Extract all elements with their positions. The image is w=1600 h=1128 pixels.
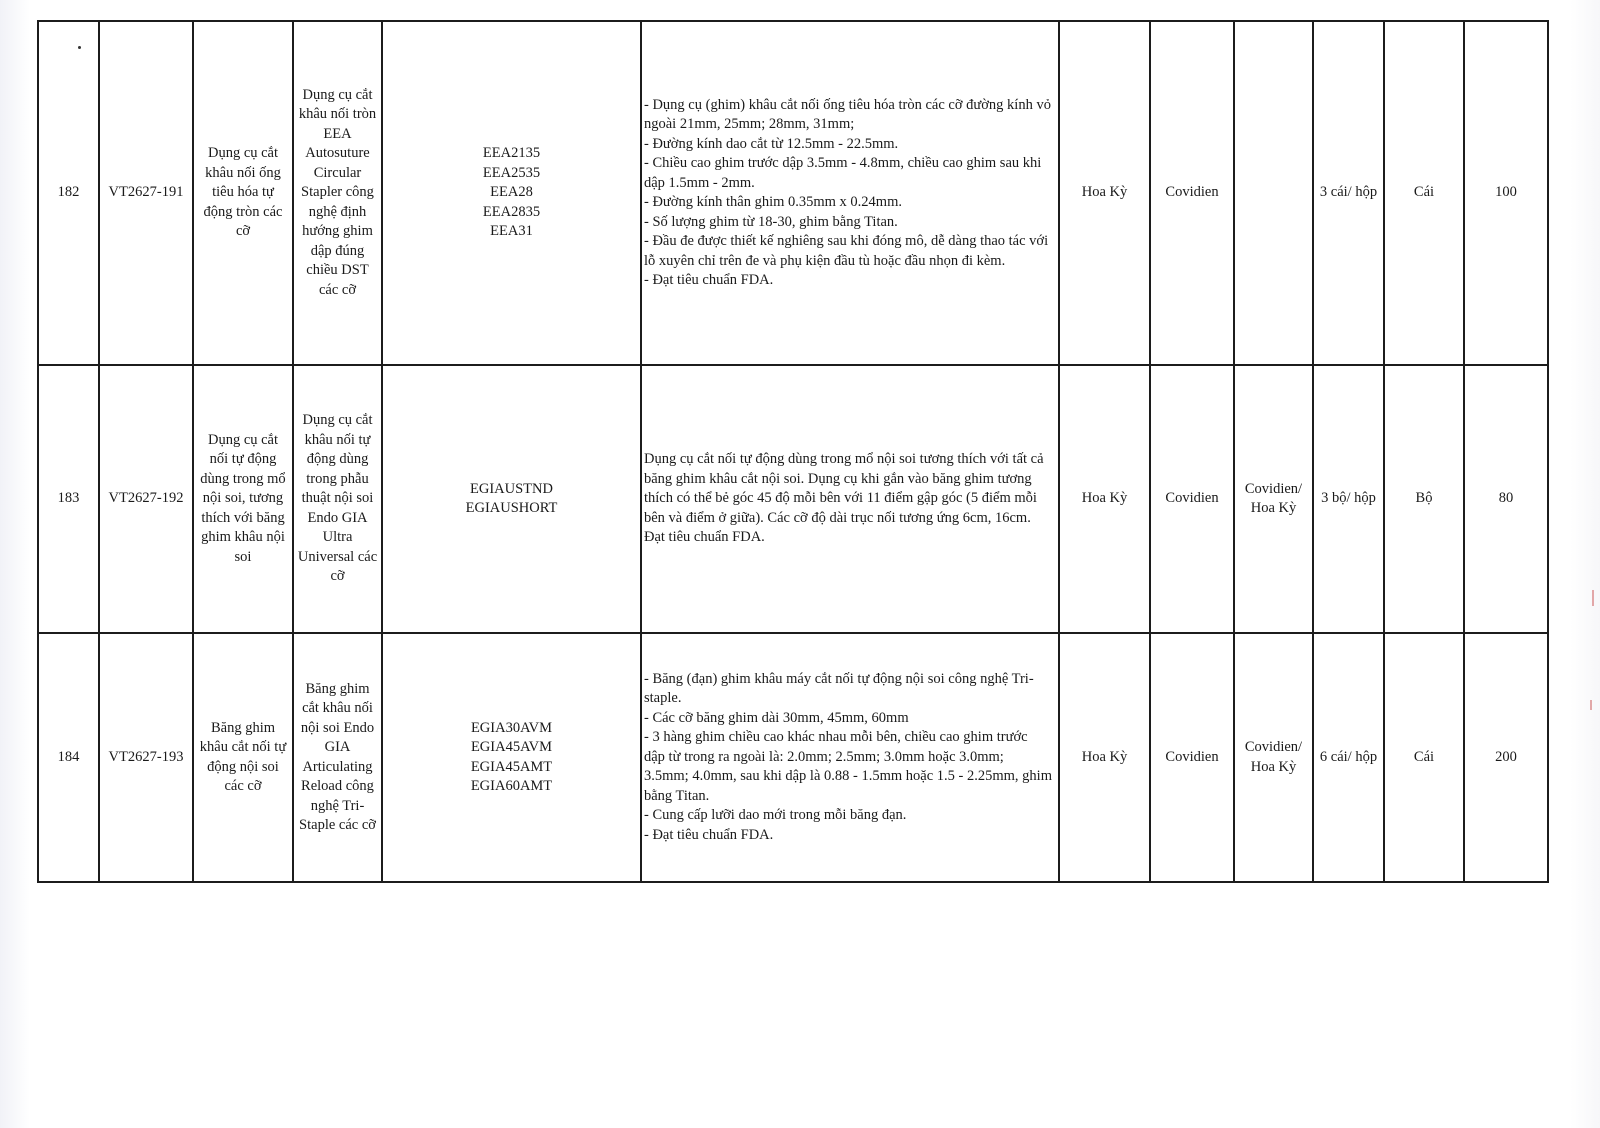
model-code: EEA31 bbox=[386, 222, 637, 242]
cell-code: VT2627-192 bbox=[99, 365, 193, 633]
cell-quantity: 100 bbox=[1464, 21, 1548, 365]
packaging-text: 3 bộ/ hộp bbox=[1321, 490, 1376, 506]
cell-country: Hoa Kỳ bbox=[1059, 365, 1150, 633]
scanned-document-page: 182 VT2627-191 Dụng cụ cắt khâu nối ống … bbox=[0, 0, 1600, 1128]
cell-owner: Covidien/ Hoa Kỳ bbox=[1234, 365, 1313, 633]
model-code: EEA28 bbox=[386, 183, 637, 203]
cell-country: Hoa Kỳ bbox=[1059, 21, 1150, 365]
cell-trade-name: Dụng cụ cắt khâu nối tự động dùng trong … bbox=[293, 365, 382, 633]
trade-name-text: Dụng cụ cắt khâu nối tự động dùng trong … bbox=[298, 412, 377, 584]
spec-line: - Đường kính thân ghim 0.35mm x 0.24mm. bbox=[644, 193, 1052, 213]
cell-trade-name: Dụng cụ cắt khâu nối tròn EEA Autosuture… bbox=[293, 21, 382, 365]
quantity-text: 100 bbox=[1495, 184, 1517, 200]
manufacturer-text: Covidien bbox=[1165, 749, 1218, 765]
model-code: EEA2135 bbox=[386, 144, 637, 164]
model-code: EEA2535 bbox=[386, 164, 637, 184]
country-text: Hoa Kỳ bbox=[1082, 184, 1128, 200]
cell-owner: Covidien/ Hoa Kỳ bbox=[1234, 633, 1313, 882]
trade-name-text: Dụng cụ cắt khâu nối tròn EEA Autosuture… bbox=[299, 87, 376, 298]
quantity-text: 80 bbox=[1499, 490, 1514, 506]
cell-stt: 184 bbox=[38, 633, 99, 882]
code-text: VT2627-193 bbox=[109, 749, 184, 765]
group-name-text: Băng ghim khâu cắt nối tự động nội soi c… bbox=[200, 720, 286, 795]
packaging-text: 6 cái/ hộp bbox=[1320, 749, 1377, 765]
cell-model-codes: EEA2135EEA2535EEA28EEA2835EEA31 bbox=[382, 21, 641, 365]
model-code: EGIA45AMT bbox=[386, 758, 637, 778]
cell-group-name: Băng ghim khâu cắt nối tự động nội soi c… bbox=[193, 633, 293, 882]
spec-line: - Số lượng ghim từ 18-30, ghim bằng Tita… bbox=[644, 213, 1052, 233]
spec-line: - Đầu đe được thiết kế nghiêng sau khi đ… bbox=[644, 232, 1052, 271]
country-text: Hoa Kỳ bbox=[1082, 490, 1128, 506]
table-row: 184 VT2627-193 Băng ghim khâu cắt nối tự… bbox=[38, 633, 1548, 882]
cell-code: VT2627-191 bbox=[99, 21, 193, 365]
cell-model-codes: EGIAUSTNDEGIAUSHORT bbox=[382, 365, 641, 633]
cell-code: VT2627-193 bbox=[99, 633, 193, 882]
spec-line: - Đạt tiêu chuẩn FDA. bbox=[644, 271, 1052, 291]
spec-line: - Đường kính dao cắt từ 12.5mm - 22.5mm. bbox=[644, 135, 1052, 155]
unit-text: Cái bbox=[1414, 184, 1434, 200]
spec-line: - Dụng cụ (ghim) khâu cắt nối ống tiêu h… bbox=[644, 96, 1052, 135]
cell-manufacturer: Covidien bbox=[1150, 21, 1234, 365]
cell-stt: 183 bbox=[38, 365, 99, 633]
owner-text: Covidien/ Hoa Kỳ bbox=[1245, 481, 1302, 517]
cell-unit: Cái bbox=[1384, 633, 1464, 882]
model-code: EGIA30AVM bbox=[386, 719, 637, 739]
spec-line: - Chiều cao ghim trước dập 3.5mm - 4.8mm… bbox=[644, 154, 1052, 193]
stt-text: 182 bbox=[58, 184, 80, 200]
quantity-text: 200 bbox=[1495, 749, 1517, 765]
spec-line: - Cung cấp lưỡi dao mới trong mỗi băng đ… bbox=[644, 806, 1052, 826]
cell-unit: Cái bbox=[1384, 21, 1464, 365]
manufacturer-text: Covidien bbox=[1165, 490, 1218, 506]
spec-line: - 3 hàng ghim chiều cao khác nhau mỗi bê… bbox=[644, 728, 1052, 806]
spec-line: - Đạt tiêu chuẩn FDA. bbox=[644, 826, 1052, 846]
model-code: EGIA60AMT bbox=[386, 777, 637, 797]
model-code: EGIAUSHORT bbox=[386, 499, 637, 519]
spec-line: - Băng (đạn) ghim khâu máy cắt nối tự độ… bbox=[644, 670, 1052, 709]
cell-quantity: 80 bbox=[1464, 365, 1548, 633]
cell-specifications: - Dụng cụ (ghim) khâu cắt nối ống tiêu h… bbox=[641, 21, 1059, 365]
scan-mark bbox=[1590, 700, 1592, 710]
cell-unit: Bộ bbox=[1384, 365, 1464, 633]
code-text: VT2627-191 bbox=[109, 184, 184, 200]
model-code: EEA2835 bbox=[386, 203, 637, 223]
spec-line: - Các cỡ băng ghim dài 30mm, 45mm, 60mm bbox=[644, 709, 1052, 729]
cell-manufacturer: Covidien bbox=[1150, 365, 1234, 633]
stt-text: 184 bbox=[58, 749, 80, 765]
cell-packaging: 3 bộ/ hộp bbox=[1313, 365, 1384, 633]
unit-text: Bộ bbox=[1416, 490, 1433, 506]
cell-manufacturer: Covidien bbox=[1150, 633, 1234, 882]
cell-trade-name: Băng ghim cắt khâu nối nội soi Endo GIA … bbox=[293, 633, 382, 882]
cell-specifications: - Băng (đạn) ghim khâu máy cắt nối tự độ… bbox=[641, 633, 1059, 882]
cell-group-name: Dụng cụ cắt nối tự động dùng trong mổ nộ… bbox=[193, 365, 293, 633]
group-name-text: Dụng cụ cắt khâu nối ống tiêu hóa tự độn… bbox=[204, 145, 283, 239]
cell-packaging: 3 cái/ hộp bbox=[1313, 21, 1384, 365]
table-row: 182 VT2627-191 Dụng cụ cắt khâu nối ống … bbox=[38, 21, 1548, 365]
spec-line: Dụng cụ cắt nối tự động dùng trong mổ nộ… bbox=[644, 450, 1052, 548]
model-code: EGIAUSTND bbox=[386, 480, 637, 500]
equipment-table: 182 VT2627-191 Dụng cụ cắt khâu nối ống … bbox=[37, 20, 1549, 883]
cell-model-codes: EGIA30AVMEGIA45AVMEGIA45AMTEGIA60AMT bbox=[382, 633, 641, 882]
stt-text: 183 bbox=[58, 490, 80, 506]
country-text: Hoa Kỳ bbox=[1082, 749, 1128, 765]
packaging-text: 3 cái/ hộp bbox=[1320, 184, 1377, 200]
manufacturer-text: Covidien bbox=[1165, 184, 1218, 200]
scan-mark bbox=[1592, 590, 1594, 606]
trade-name-text: Băng ghim cắt khâu nối nội soi Endo GIA … bbox=[299, 681, 376, 834]
cell-stt: 182 bbox=[38, 21, 99, 365]
cell-group-name: Dụng cụ cắt khâu nối ống tiêu hóa tự độn… bbox=[193, 21, 293, 365]
code-text: VT2627-192 bbox=[109, 490, 184, 506]
group-name-text: Dụng cụ cắt nối tự động dùng trong mổ nộ… bbox=[200, 432, 285, 565]
cell-country: Hoa Kỳ bbox=[1059, 633, 1150, 882]
cell-packaging: 6 cái/ hộp bbox=[1313, 633, 1384, 882]
table-row: 183 VT2627-192 Dụng cụ cắt nối tự động d… bbox=[38, 365, 1548, 633]
owner-text: Covidien/ Hoa Kỳ bbox=[1245, 739, 1302, 775]
unit-text: Cái bbox=[1414, 749, 1434, 765]
cell-specifications: Dụng cụ cắt nối tự động dùng trong mổ nộ… bbox=[641, 365, 1059, 633]
cell-owner bbox=[1234, 21, 1313, 365]
model-code: EGIA45AVM bbox=[386, 738, 637, 758]
cell-quantity: 200 bbox=[1464, 633, 1548, 882]
